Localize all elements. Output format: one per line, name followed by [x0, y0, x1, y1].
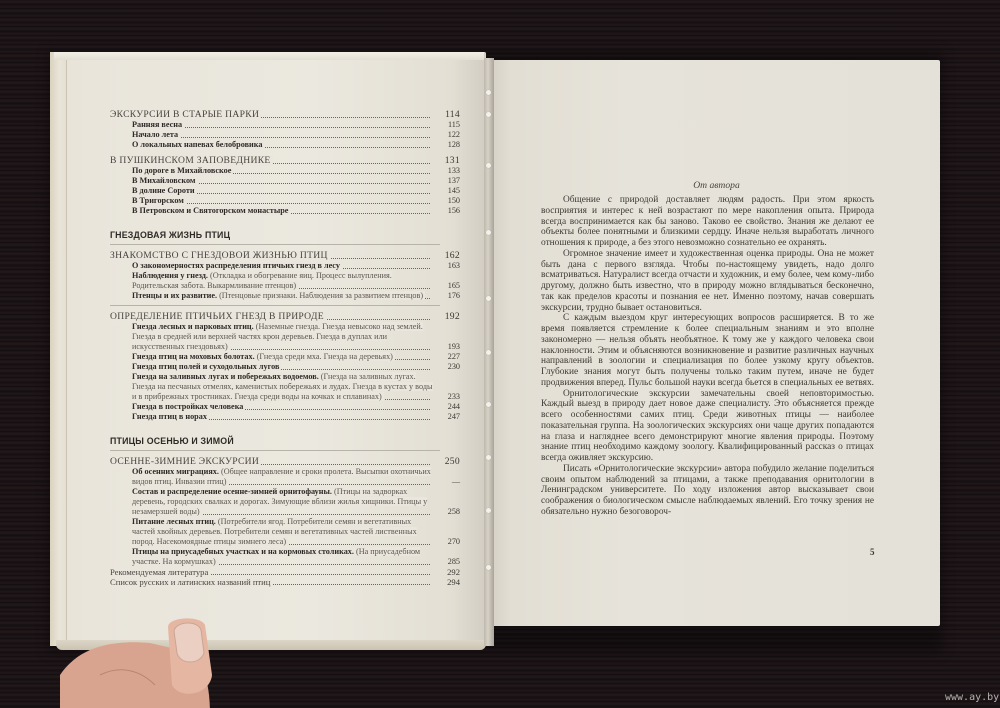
toc-entry-title: О локальных напевах белобровика — [132, 140, 264, 149]
toc-page-number: 114 — [434, 110, 460, 120]
toc-chapter: В ПУШКИНСКОМ ЗАПОВЕДНИКЕ131 — [110, 156, 460, 166]
thumb-holding-page — [60, 615, 260, 708]
toc-entry: По дороге в Михайловское133 — [132, 166, 460, 176]
binding-stitch — [486, 350, 491, 355]
paragraph: Орнитологические экскурсии замечательны … — [541, 389, 874, 464]
toc-entry: Гнезда птиц на моховых болотах. (Гнезда … — [132, 352, 460, 362]
toc-entry-title: Гнезда птиц на моховых болотах. (Гнезда … — [132, 352, 395, 361]
toc-page-number: 270 — [434, 537, 460, 547]
toc-chapter: ОСЕННЕ-ЗИМНИЕ ЭКСКУРСИИ250 — [110, 457, 460, 467]
toc-page-number: 133 — [434, 166, 460, 176]
binding-stitch — [486, 296, 491, 301]
toc-divider — [110, 450, 440, 451]
toc-part-heading: ГНЕЗДОВАЯ ЖИЗНЬ ПТИЦ — [110, 230, 460, 240]
toc-page-number: 145 — [434, 186, 460, 196]
binding-stitch — [486, 508, 491, 513]
toc-entry: В Петровском и Святогорском монастыре156 — [132, 206, 460, 216]
toc-entry: Птицы на приусадебных участках и на корм… — [132, 547, 460, 567]
toc-page-number: 285 — [434, 557, 460, 567]
toc-page-number: 193 — [434, 342, 460, 352]
toc-entry-title: В Петровском и Святогорском монастыре — [132, 206, 290, 215]
toc-entry-title: Список русских и латинских названий птиц — [110, 577, 272, 587]
toc-entry-title: ЗНАКОМСТВО С ГНЕЗДОВОЙ ЖИЗНЬЮ ПТИЦ — [110, 251, 330, 261]
toc-chapter: ЗНАКОМСТВО С ГНЕЗДОВОЙ ЖИЗНЬЮ ПТИЦ162 — [110, 251, 460, 261]
toc-entry-title: Состав и распределение осенне-зимней орн… — [132, 487, 427, 516]
watermark: www.ay.by — [945, 692, 999, 703]
toc-chapter: ЭКСКУРСИИ В СТАРЫЕ ПАРКИ114 — [110, 110, 460, 120]
toc-divider — [110, 244, 440, 245]
toc-page-number: 156 — [434, 206, 460, 216]
toc-page-number: 162 — [434, 251, 460, 261]
binding-stitch — [486, 565, 491, 570]
toc-entry-title: В ПУШКИНСКОМ ЗАПОВЕДНИКЕ — [110, 156, 273, 166]
binding-stitch — [486, 90, 491, 95]
toc-entry: Птенцы и их развитие. (Птенцовые признак… — [132, 291, 460, 301]
toc-page-number: 176 — [434, 291, 460, 301]
toc-page-number: 137 — [434, 176, 460, 186]
toc-entry-title: Питание лесных птиц. (Потребители ягод. … — [132, 517, 417, 546]
toc-entry-title: Гнезда в постройках человека — [132, 402, 245, 411]
toc-page-number: 165 — [434, 281, 460, 291]
page-number: 5 — [870, 547, 875, 557]
toc-entry-title: Ранняя весна — [132, 120, 184, 129]
toc-entry-title: В долине Сороти — [132, 186, 197, 195]
left-page-edge — [50, 52, 67, 646]
toc-page-number: 250 — [434, 457, 460, 467]
paragraph: Общение с природой доставляет людям радо… — [541, 195, 874, 249]
toc-entry: Питание лесных птиц. (Потребители ягод. … — [132, 517, 460, 547]
toc-entry: Об осенних миграциях. (Общее направление… — [132, 467, 460, 487]
binding-stitch — [486, 455, 491, 460]
binding-stitch — [486, 112, 491, 117]
toc-entry: О закономерностях распределения птичьих … — [132, 261, 460, 271]
toc-entry-title: Начало лета — [132, 130, 180, 139]
toc-page-number: 150 — [434, 196, 460, 206]
toc-entry-title: Гнезда на заливных лугах и побережьях во… — [132, 372, 433, 401]
toc-divider — [110, 305, 440, 306]
table-of-contents: ЭКСКУРСИИ В СТАРЫЕ ПАРКИ114Ранняя весна1… — [110, 104, 460, 587]
toc-entry-title: ЭКСКУРСИИ В СТАРЫЕ ПАРКИ — [110, 110, 261, 120]
toc-entry-title: О закономерностях распределения птичьих … — [132, 261, 342, 270]
toc-entry: Рекомендуемая литература292 — [110, 567, 460, 577]
toc-page-number: 244 — [434, 402, 460, 412]
toc-page-number: 131 — [434, 156, 460, 166]
toc-entry: Гнезда птиц в норах247 — [132, 412, 460, 422]
toc-entry: Список русских и латинских названий птиц… — [110, 577, 460, 587]
toc-page-number: 128 — [434, 140, 460, 150]
paragraph: Писать «Орнитологические экскурсии» авто… — [541, 464, 874, 518]
binding-stitch — [486, 402, 491, 407]
toc-entry: Наблюдения у гнезд. (Откладка и обогрева… — [132, 271, 460, 291]
toc-part-heading: ПТИЦЫ ОСЕНЬЮ И ЗИМОЙ — [110, 436, 460, 446]
left-page-top-edge — [54, 52, 484, 60]
toc-entry: Гнезда птиц полей и суходольных лугов230 — [132, 362, 460, 372]
section-title: От автора — [493, 180, 940, 191]
paragraph: Огромное значение имеет и художественная… — [541, 249, 874, 314]
toc-entry-title: ОПРЕДЕЛЕНИЕ ПТИЧЬИХ ГНЕЗД В ПРИРОДЕ — [110, 312, 326, 322]
binding-stitch — [486, 230, 491, 235]
toc-entry: Ранняя весна115 — [132, 120, 460, 130]
toc-entry: Состав и распределение осенне-зимней орн… — [132, 487, 460, 517]
toc-entry-title: Гнезда птиц полей и суходольных лугов — [132, 362, 281, 371]
toc-entry: Гнезда на заливных лугах и побережьях во… — [132, 372, 460, 402]
toc-page-number: 163 — [434, 261, 460, 271]
toc-entry-title: Рекомендуемая литература — [110, 567, 210, 577]
toc-page-number: 292 — [434, 567, 460, 577]
toc-entry-title: ОСЕННЕ-ЗИМНИЕ ЭКСКУРСИИ — [110, 457, 261, 467]
toc-entry-title: По дороге в Михайловское — [132, 166, 233, 175]
toc-page-number: 115 — [434, 120, 460, 130]
toc-entry: Гнезда в постройках человека244 — [132, 402, 460, 412]
paragraph: С каждым выездом круг интересующих вопро… — [541, 313, 874, 388]
toc-entry-title: В Тригорском — [132, 196, 186, 205]
toc-page-number: 233 — [434, 392, 460, 402]
toc-entry: В Михайловском137 — [132, 176, 460, 186]
toc-entry-title: Гнезда лесных и парковых птиц. (Наземные… — [132, 322, 423, 351]
preface-text: Общение с природой доставляет людям радо… — [541, 195, 874, 518]
toc-entry: Гнезда лесных и парковых птиц. (Наземные… — [132, 322, 460, 352]
toc-page-number: 122 — [434, 130, 460, 140]
toc-page-number: 230 — [434, 362, 460, 372]
toc-page-number: — — [434, 477, 460, 487]
toc-entry-title: Птенцы и их развитие. (Птенцовые признак… — [132, 291, 425, 300]
toc-entry: Начало лета122 — [132, 130, 460, 140]
binding-stitch — [486, 163, 491, 168]
toc-entry-title: Гнезда птиц в норах — [132, 412, 209, 421]
toc-entry: В долине Сороти145 — [132, 186, 460, 196]
toc-chapter: ОПРЕДЕЛЕНИЕ ПТИЧЬИХ ГНЕЗД В ПРИРОДЕ192 — [110, 312, 460, 322]
toc-page-number: 258 — [434, 507, 460, 517]
toc-entry-title: В Михайловском — [132, 176, 198, 185]
toc-page-number: 294 — [434, 577, 460, 587]
toc-page-number: 247 — [434, 412, 460, 422]
toc-entry: О локальных напевах белобровика128 — [132, 140, 460, 150]
toc-page-number: 227 — [434, 352, 460, 362]
toc-page-number: 192 — [434, 312, 460, 322]
toc-entry: В Тригорском150 — [132, 196, 460, 206]
